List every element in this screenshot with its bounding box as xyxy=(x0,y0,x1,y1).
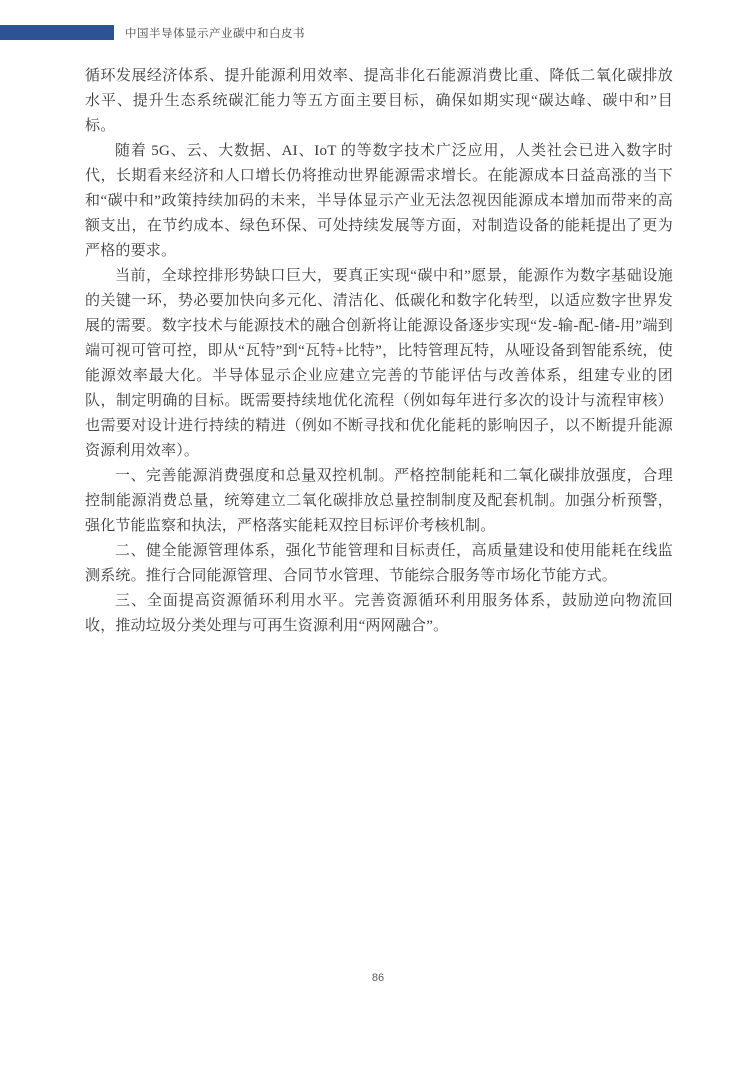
body-paragraph: 循环发展经济体系、提升能源利用效率、提高非化石能源消费比重、降低二氧化碳排放水平… xyxy=(85,64,673,139)
header-accent-bar xyxy=(0,25,114,40)
body-paragraph: 一、完善能源消费强度和总量双控机制。严格控制能耗和二氧化碳排放强度，合理控制能源… xyxy=(85,464,673,539)
page-body-text: 循环发展经济体系、提升能源利用效率、提高非化石能源消费比重、降低二氧化碳排放水平… xyxy=(85,64,673,639)
body-paragraph: 三、全面提高资源循环利用水平。完善资源循环利用服务体系，鼓励逆向物流回收，推动垃… xyxy=(85,589,673,639)
document-page: 中国半导体显示产业碳中和白皮书 循环发展经济体系、提升能源利用效率、提高非化石能… xyxy=(0,0,756,1068)
header-title: 中国半导体显示产业碳中和白皮书 xyxy=(125,27,305,41)
body-paragraph: 二、健全能源管理体系，强化节能管理和目标责任，高质量建设和使用能耗在线监测系统。… xyxy=(85,539,673,589)
body-paragraph: 随着 5G、云、大数据、AI、IoT 的等数字技术广泛应用，人类社会已进入数字时… xyxy=(85,139,673,264)
body-paragraph: 当前，全球控排形势缺口巨大，要真正实现“碳中和”愿景，能源作为数字基础设施的关键… xyxy=(85,264,673,464)
page-number: 86 xyxy=(0,972,756,984)
